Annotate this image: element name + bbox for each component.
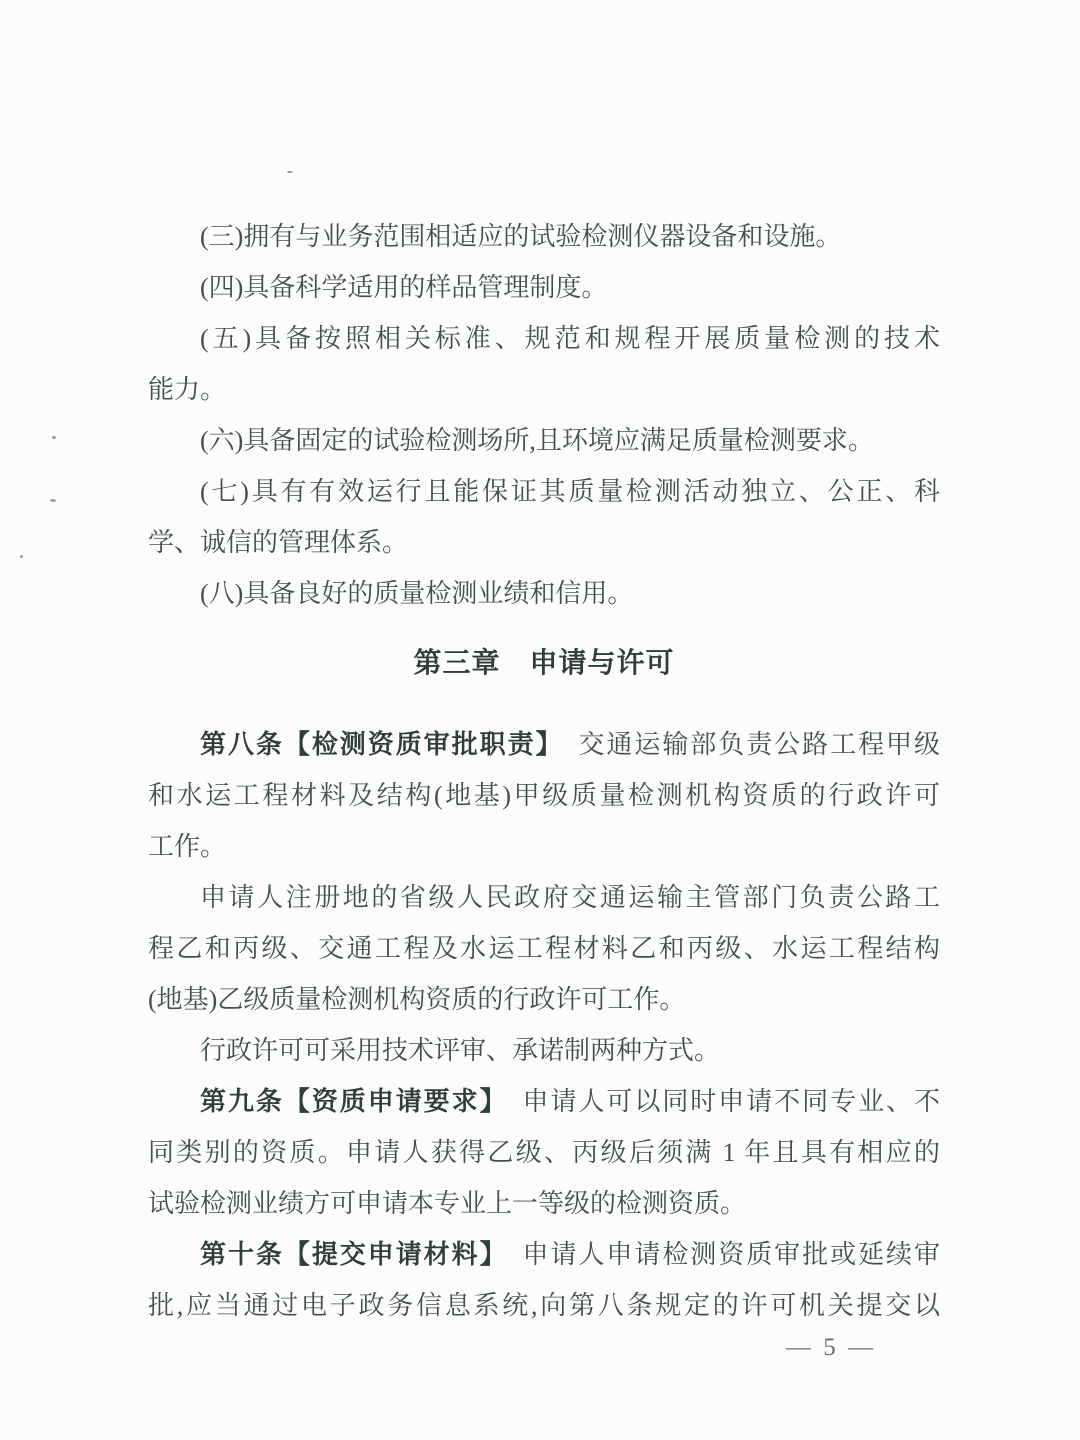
article-9-title: 第九条【资质申请要求】 — [200, 1087, 495, 1116]
article-10-title: 第十条【提交申请材料】 — [200, 1240, 495, 1269]
document-page: (三)拥有与业务范围相适应的试验检测仪器设备和设施。 (四)具备科学适用的样品管… — [0, 0, 1080, 1440]
document-body: (三)拥有与业务范围相适应的试验检测仪器设备和设施。 (四)具备科学适用的样品管… — [148, 211, 940, 1331]
article-8-line-2: 和水运工程材料及结构(地基)甲级质量检测机构资质的行政许可 — [148, 770, 940, 821]
article-9-line-2: 同类别的资质。申请人获得乙级、丙级后须满 1 年且具有相应的 — [148, 1127, 940, 1178]
article-8-para-2-line-1: 申请人注册地的省级人民政府交通运输主管部门负责公路工 — [148, 872, 940, 923]
clause-line-7: (七)具有有效运行且能保证其质量检测活动独立、公正、科 — [148, 466, 940, 517]
article-8-para-2-line-2: 程乙和丙级、交通工程及水运工程材料乙和丙级、水运工程结构 — [148, 923, 940, 974]
article-8-para-2-line-3: (地基)乙级质量检测机构资质的行政许可工作。 — [148, 974, 940, 1025]
article-8-line-3: 工作。 — [148, 821, 940, 872]
article-10-line-1-text: 申请人申请检测资质审批或延续审 — [495, 1240, 940, 1269]
clause-line-3: (三)拥有与业务范围相适应的试验检测仪器设备和设施。 — [148, 211, 940, 262]
scan-speck — [287, 171, 293, 173]
clause-line-4: (四)具备科学适用的样品管理制度。 — [148, 262, 940, 313]
article-8-line-1-text: 交通运输部负责公路工程甲级 — [551, 730, 941, 759]
article-9-line-1: 第九条【资质申请要求】 申请人可以同时申请不同专业、不 — [148, 1076, 940, 1127]
article-9-line-1-text: 申请人可以同时申请不同专业、不 — [495, 1087, 940, 1116]
article-10-line-1: 第十条【提交申请材料】 申请人申请检测资质审批或延续审 — [148, 1229, 940, 1280]
scan-speck — [20, 555, 23, 558]
clause-line-5: (五)具备按照相关标准、规范和规程开展质量检测的技术 — [148, 313, 940, 364]
chapter-heading: 第三章 申请与许可 — [148, 633, 940, 695]
article-10-line-2: 批,应当通过电子政务信息系统,向第八条规定的许可机关提交以 — [148, 1280, 940, 1331]
clause-line-8: (八)具备良好的质量检测业绩和信用。 — [148, 568, 940, 619]
clause-line-7-cont: 学、诚信的管理体系。 — [148, 517, 940, 568]
scan-speck — [52, 436, 56, 439]
article-8-title: 第八条【检测资质审批职责】 — [200, 730, 551, 759]
article-8-line-1: 第八条【检测资质审批职责】 交通运输部负责公路工程甲级 — [148, 719, 940, 770]
page-number: — 5 — — [786, 1334, 916, 1362]
scan-speck — [50, 499, 56, 502]
article-8-para-3-line-1: 行政许可可采用技术评审、承诺制两种方式。 — [148, 1025, 940, 1076]
article-9-line-3: 试验检测业绩方可申请本专业上一等级的检测资质。 — [148, 1178, 940, 1229]
clause-line-6: (六)具备固定的试验检测场所,且环境应满足质量检测要求。 — [148, 415, 940, 466]
clause-line-5-cont: 能力。 — [148, 364, 940, 415]
